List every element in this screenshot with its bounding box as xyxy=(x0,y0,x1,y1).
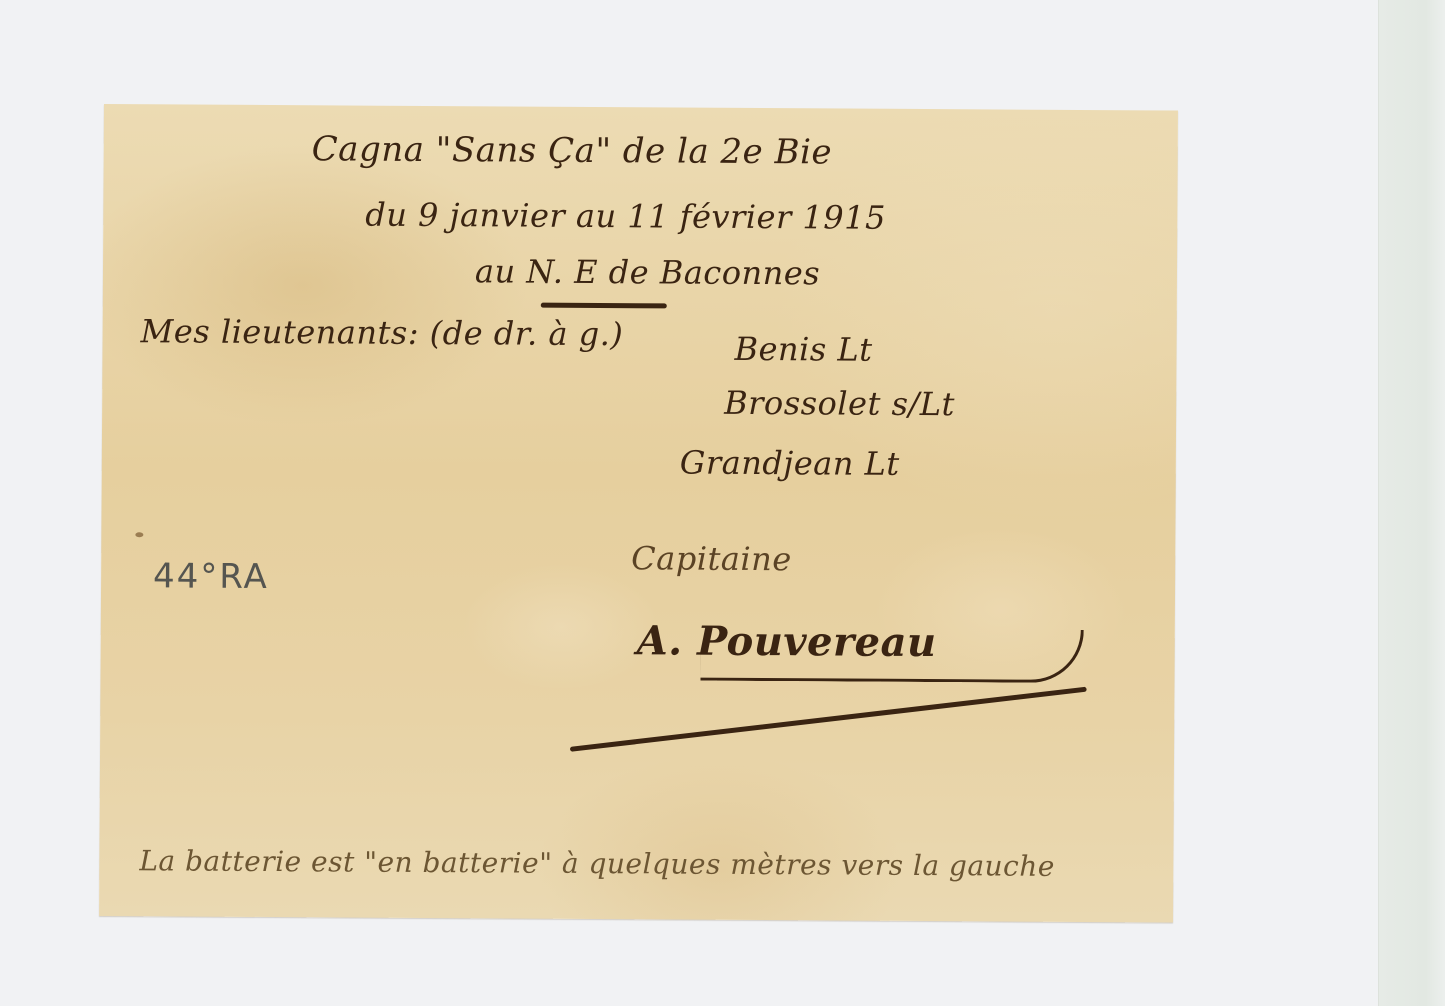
footer-note: La batterie est "en batterie" à quelques… xyxy=(139,844,1055,883)
header-line-3: au N. E de Baconnes xyxy=(475,252,820,292)
signature-underline xyxy=(570,687,1087,752)
header-line-2: du 9 janvier au 11 février 1915 xyxy=(365,196,886,237)
regiment-annotation: 44°RA xyxy=(153,556,269,597)
document-paper: Cagna "Sans Ça" de la 2e Bie du 9 janvie… xyxy=(99,104,1178,923)
lieutenants-label: Mes lieutenants: (de dr. à g.) xyxy=(140,312,623,353)
lieutenant-name-1: Benis Lt xyxy=(734,330,872,369)
lieutenant-name-2: Brossolet s/Lt xyxy=(724,384,955,423)
closing-title: Capitaine xyxy=(631,539,792,578)
ink-spot xyxy=(135,532,143,537)
header-line-1: Cagna "Sans Ça" de la 2e Bie xyxy=(312,129,833,172)
scanner-bed-edge xyxy=(1378,0,1445,1006)
signature-flourish xyxy=(700,628,1083,683)
decorative-underline xyxy=(541,303,667,309)
lieutenant-name-3: Grandjean Lt xyxy=(680,444,900,483)
